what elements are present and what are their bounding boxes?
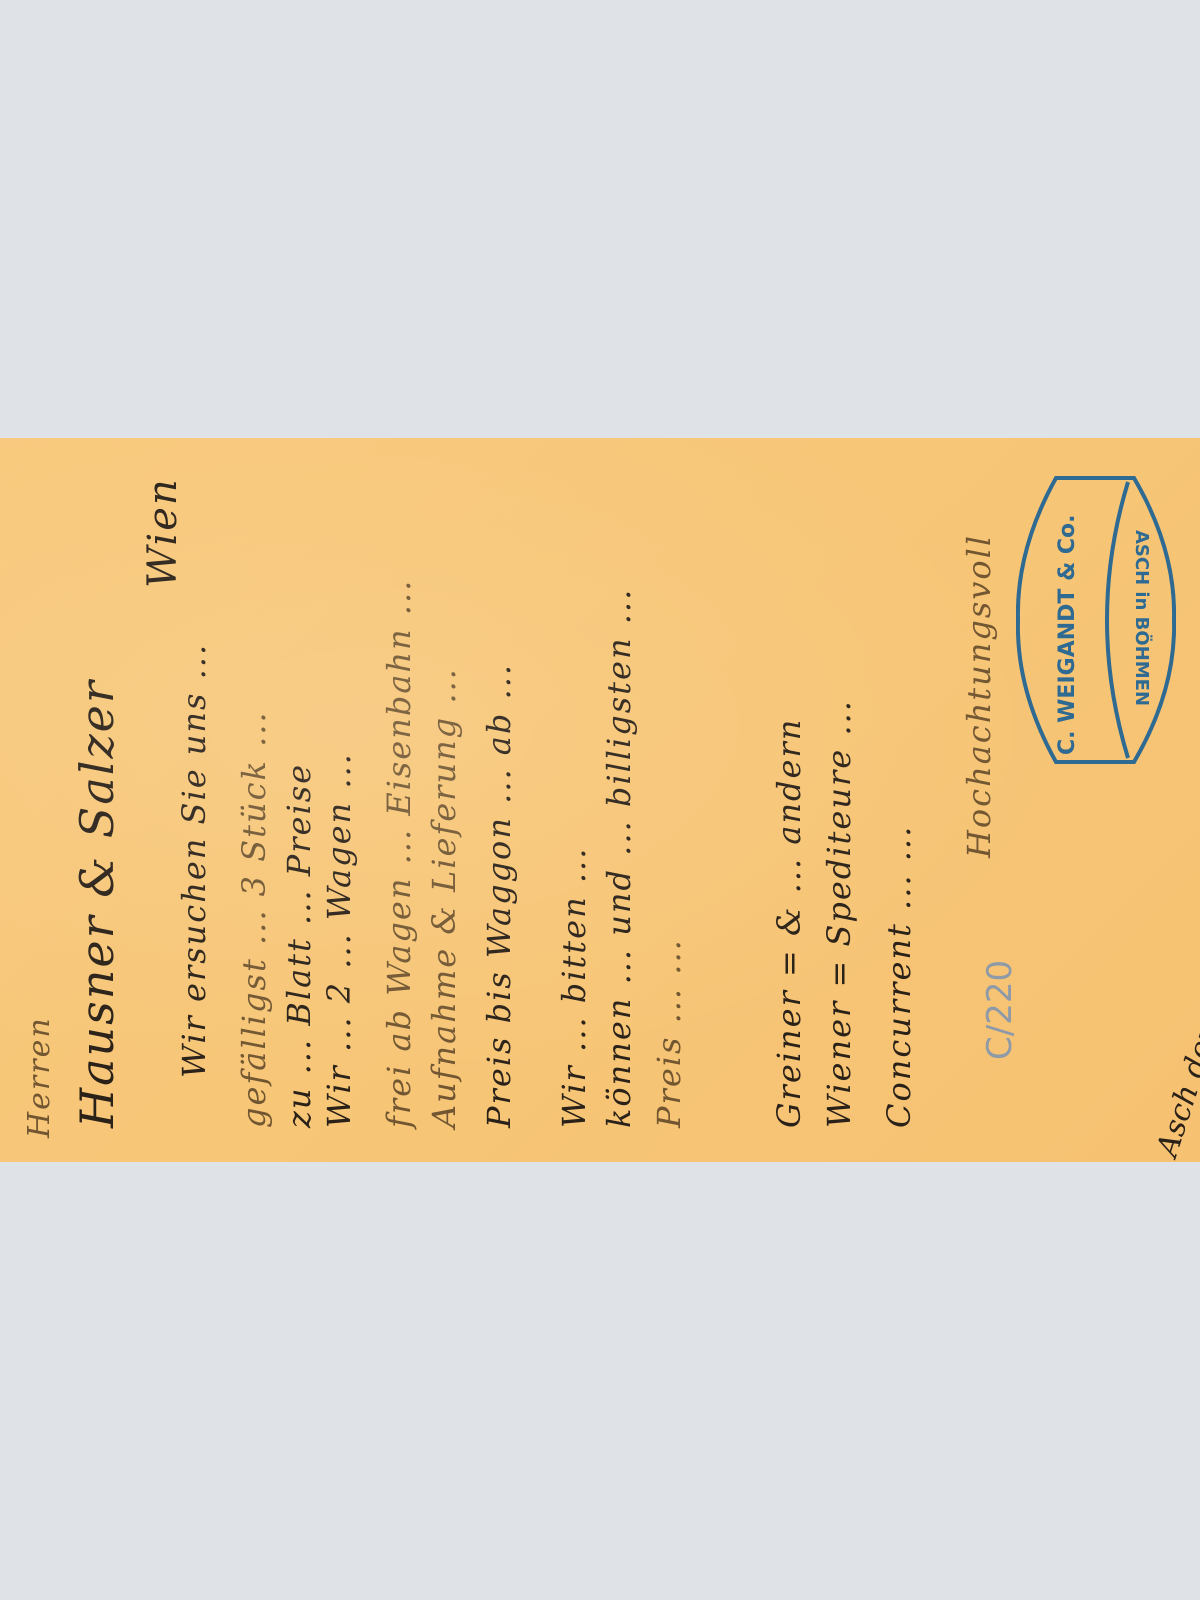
body-line: können ... und ... billigsten ... (600, 588, 638, 1128)
city-text: Wien (140, 477, 186, 588)
stamp-line1: C. WEIGANDT & Co. (1055, 514, 1080, 755)
body-line: Concurrent ... ... (880, 825, 918, 1128)
body-line: gefälligst ... 3 Stück ... (235, 710, 273, 1128)
body-line: Greiner = & ... andern (770, 718, 808, 1128)
body-line: frei ab Wagen ... Eisenbahn ... (380, 579, 418, 1128)
stamp-line2: ASCH in BÖHMEN (1131, 530, 1153, 706)
body-line: Wir ... 2 ... Wagen ... (320, 752, 358, 1128)
salutation-text: Herren (22, 1016, 57, 1138)
company-stamp: C. WEIGANDT & Co. ASCH in BÖHMEN (1016, 470, 1176, 770)
pencil-note: C/220 (980, 960, 1020, 1060)
recipient-text: Hausner & Salzer (70, 679, 124, 1128)
body-line: Aufnahme & Lieferung ... (425, 667, 463, 1128)
closing-text: Hochachtungsvoll (960, 534, 998, 858)
body-line: Wir ... bitten ... (555, 847, 593, 1128)
body-line: Preis ... ... (650, 938, 688, 1128)
body-line: Preis bis Waggon ... ab ... (480, 663, 518, 1128)
body-line: Wir ersuchen Sie uns ... (175, 643, 213, 1078)
body-line: zu ... Blatt ... Preise (280, 763, 318, 1128)
body-line: Wiener = Spediteure ... (820, 699, 858, 1128)
